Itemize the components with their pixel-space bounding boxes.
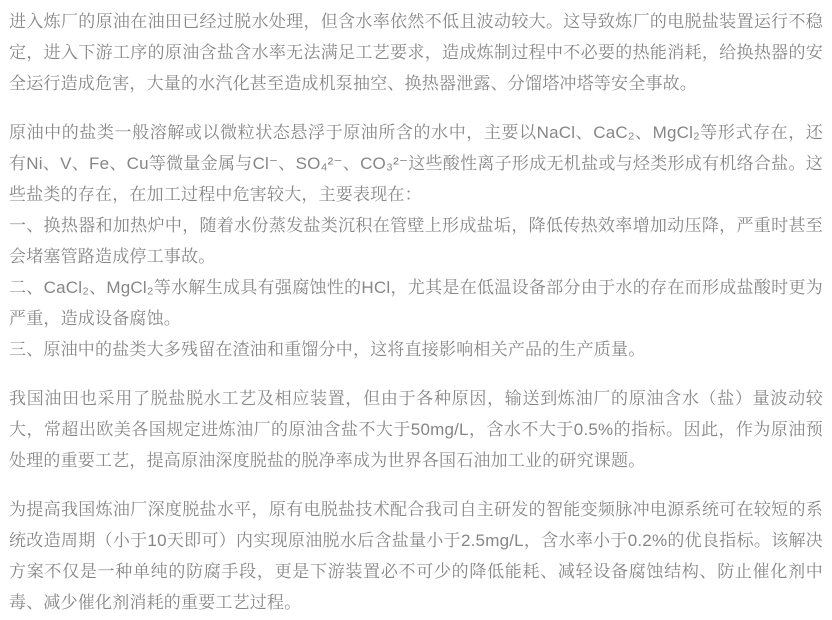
document-page: 进入炼厂的原油在油田已经过脱水处理，但含水率依然不低且波动较大。这导致炼厂的电脱… — [0, 0, 832, 620]
paragraph-solution: 为提高我国炼油厂深度脱盐水平，原有电脱盐技术配合我司自主研发的智能变频脉冲电源系… — [9, 494, 823, 618]
paragraph-dehydration-problem: 进入炼厂的原油在油田已经过脱水处理，但含水率依然不低且波动较大。这导致炼厂的电脱… — [9, 6, 823, 99]
paragraph-domestic-status: 我国油田也采用了脱盐脱水工艺及相应装置，但由于各种原因，输送到炼油厂的原油含水（… — [9, 383, 823, 476]
paragraph-salts-intro: 原油中的盐类一般溶解或以微粒状态悬浮于原油所含的水中，主要以NaCl、CaC₂、… — [9, 117, 823, 210]
hazard-item-3: 三、原油中的盐类大多残留在渣油和重馏分中，这将直接影响相关产品的生产质量。 — [9, 334, 823, 365]
hazard-item-2: 二、CaCl₂、MgCl₂等水解生成具有强腐蚀性的HCl，尤其是在低温设备部分由… — [9, 272, 823, 334]
salt-hazards-block: 原油中的盐类一般溶解或以微粒状态悬浮于原油所含的水中，主要以NaCl、CaC₂、… — [9, 117, 823, 365]
hazard-item-1: 一、换热器和加热炉中，随着水份蒸发盐类沉积在管壁上形成盐垢，降低传热效率增加动压… — [9, 210, 823, 272]
